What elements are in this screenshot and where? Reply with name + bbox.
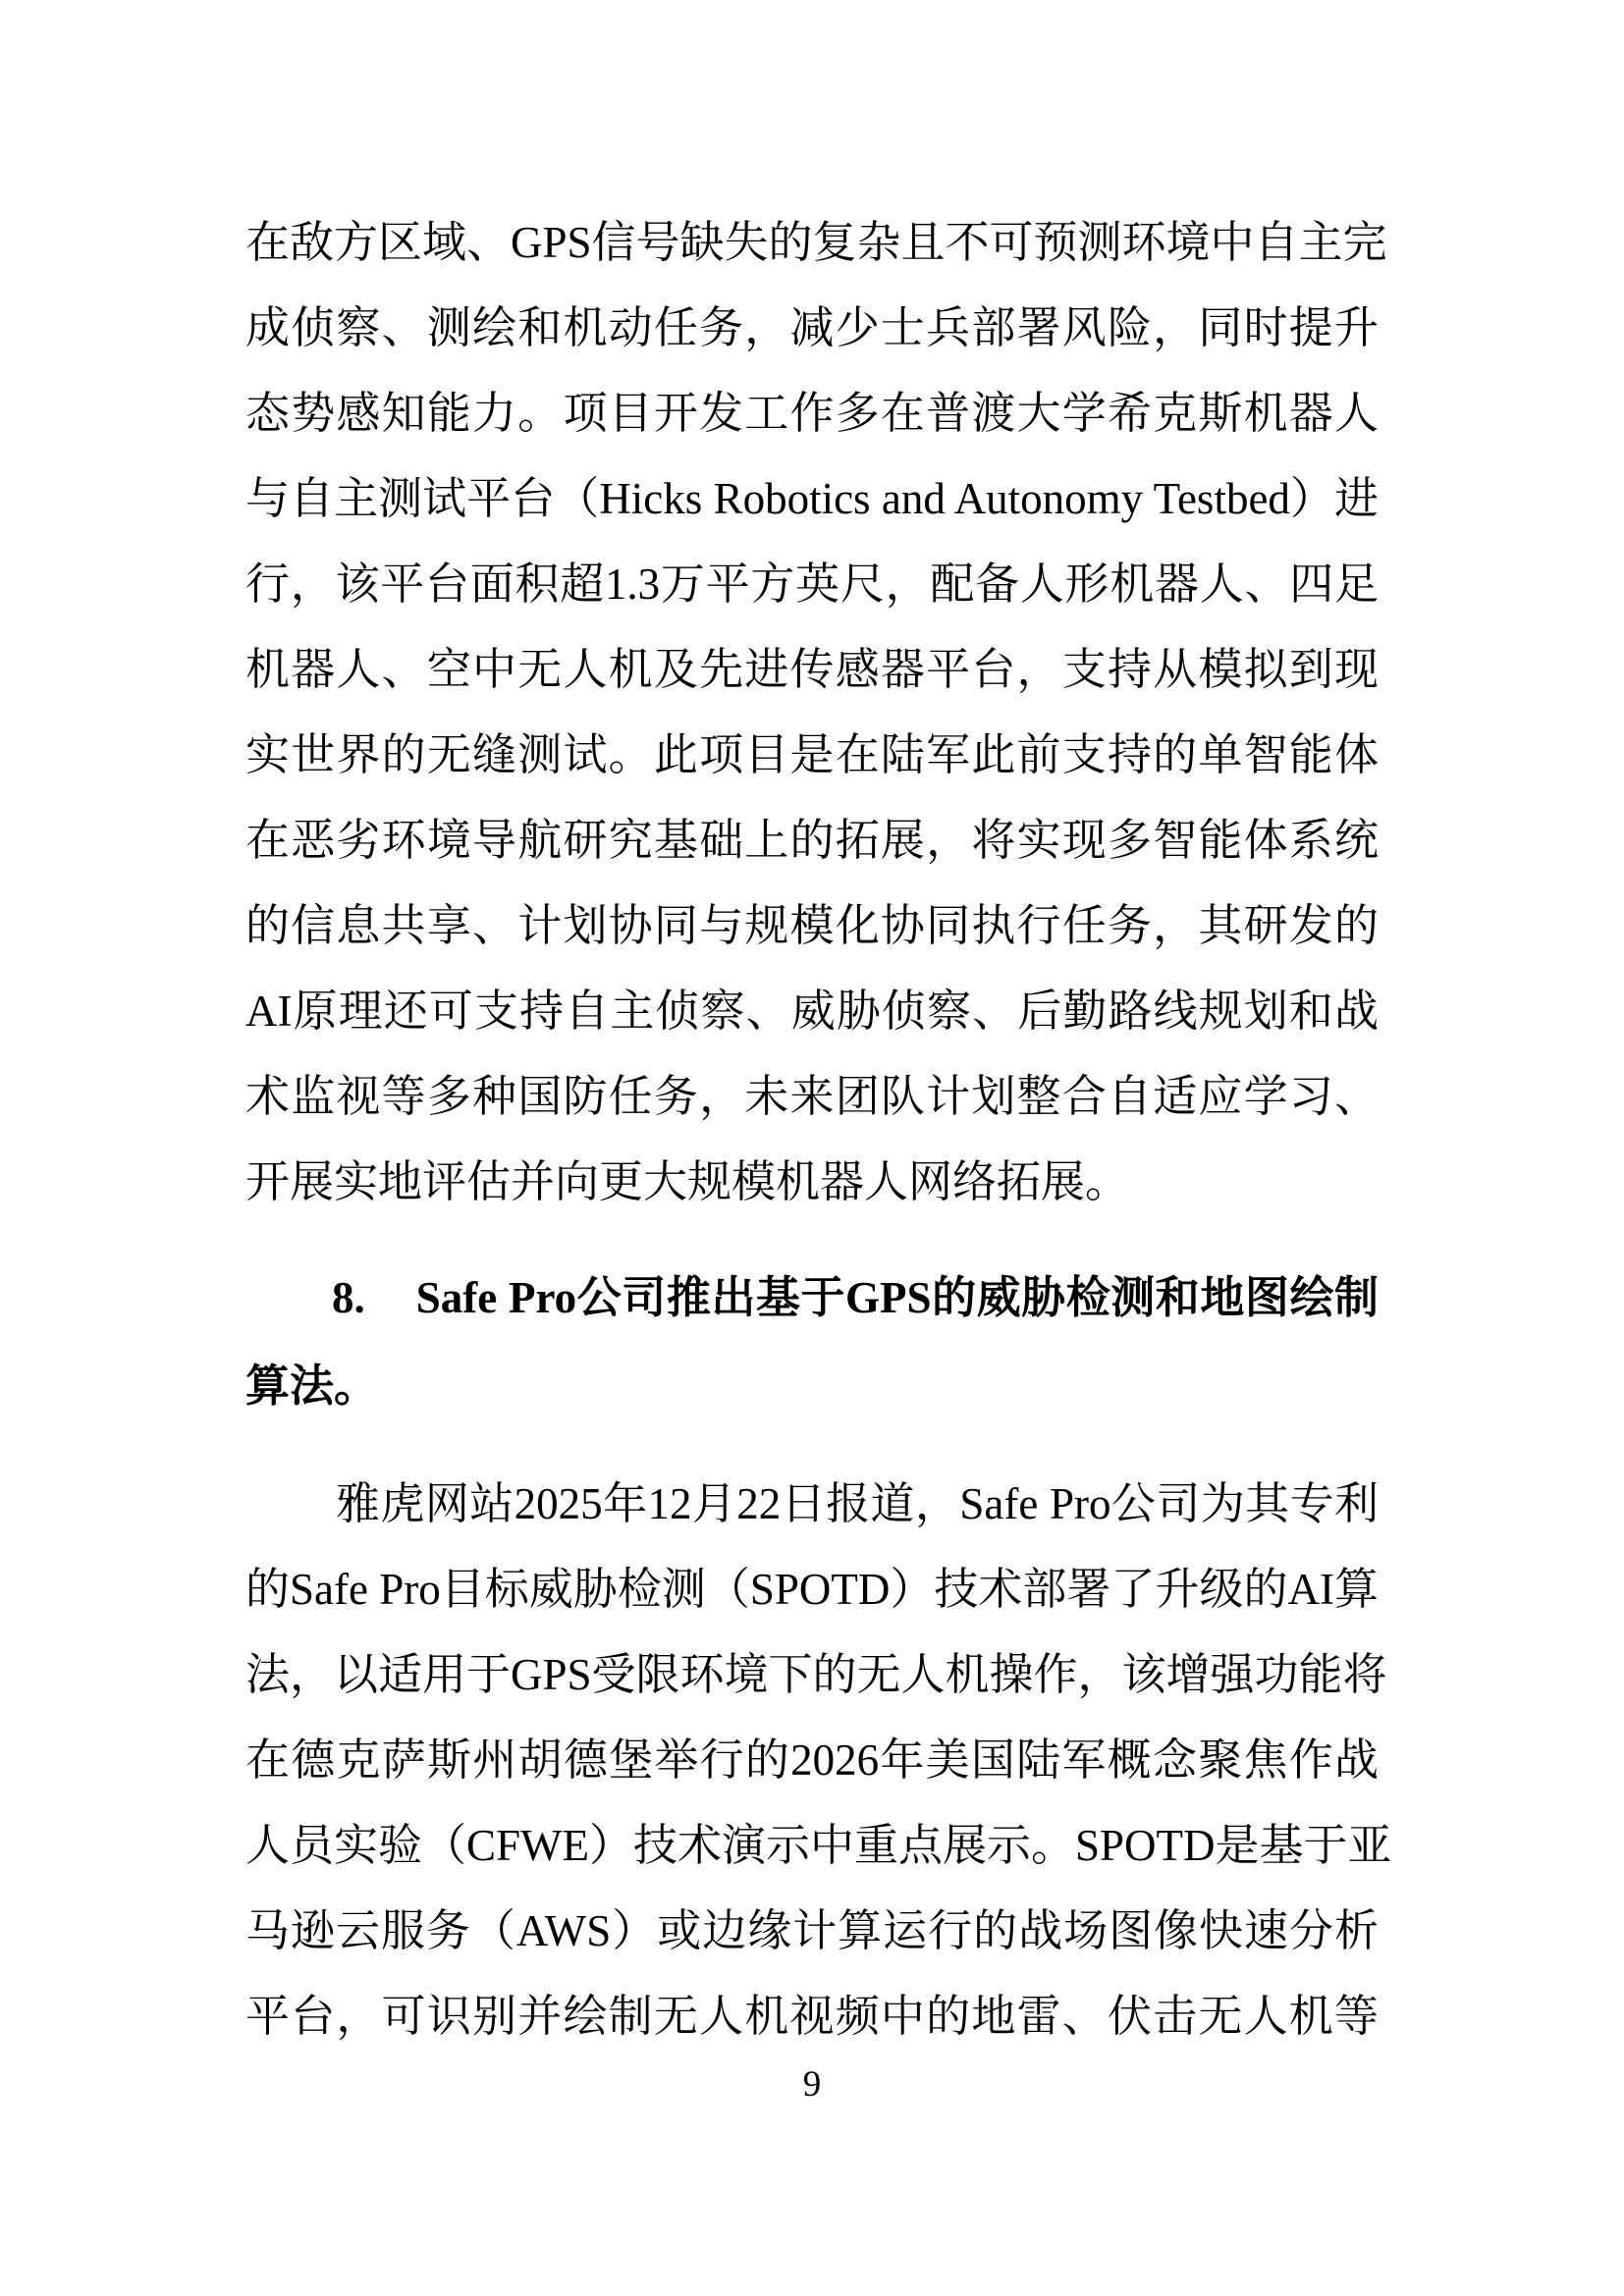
- text-line: 在恶劣环境导航研究基础上的拓展，将实现多智能体系统: [245, 798, 1379, 883]
- document-page: 在敌方区域、GPS信号缺失的复杂且不可预测环境中自主完 成侦察、测绘和机动任务，…: [0, 0, 1624, 2296]
- text-line: 机器人、空中无人机及先进传感器平台，支持从模拟到现: [245, 627, 1379, 713]
- text-line: 的Safe Pro目标威胁检测（SPOTD）技术部署了升级的AI算: [245, 1547, 1379, 1632]
- text-line: 在德克萨斯州胡德堡举行的2026年美国陆军概念聚焦作战: [245, 1718, 1379, 1803]
- text-line: 法，以适用于GPS受限环境下的无人机操作，该增强功能将: [245, 1632, 1379, 1718]
- text-line: 在敌方区域、GPS信号缺失的复杂且不可预测环境中自主完: [245, 200, 1379, 286]
- body-paragraph-continued: 在敌方区域、GPS信号缺失的复杂且不可预测环境中自主完 成侦察、测绘和机动任务，…: [245, 200, 1379, 1225]
- section-title-text: Safe Pro公司推出基于GPS的威胁检测和地图绘制: [416, 1273, 1379, 1322]
- text-line: 的信息共享、计划协同与规模化协同执行任务，其研发的: [245, 883, 1379, 969]
- text-line: 态势感知能力。项目开发工作多在普渡大学希克斯机器人: [245, 371, 1379, 456]
- section-heading: 8.Safe Pro公司推出基于GPS的威胁检测和地图绘制 算法。: [245, 1254, 1379, 1430]
- text-line: 马逊云服务（AWS）或边缘计算运行的战场图像快速分析: [245, 1889, 1379, 1974]
- text-line: 术监视等多种国防任务，未来团队计划整合自适应学习、: [245, 1054, 1379, 1140]
- page-number: 9: [245, 2061, 1379, 2109]
- text-line: AI原理还可支持自主侦察、威胁侦察、后勤路线规划和战: [245, 969, 1379, 1054]
- text-line: 实世界的无缝测试。此项目是在陆军此前支持的单智能体: [245, 713, 1379, 798]
- section-number: 8.: [332, 1273, 365, 1322]
- text-line: 行，该平台面积超1.3万平方英尺，配备人形机器人、四足: [245, 542, 1379, 627]
- text-line: 雅虎网站2025年12月22日报道，Safe Pro公司为其专利: [245, 1462, 1379, 1547]
- text-line: 与自主测试平台（Hicks Robotics and Autonomy Test…: [245, 456, 1379, 542]
- body-paragraph: 雅虎网站2025年12月22日报道，Safe Pro公司为其专利 的Safe P…: [245, 1462, 1379, 2059]
- text-line: 成侦察、测绘和机动任务，减少士兵部署风险，同时提升: [245, 286, 1379, 371]
- section-heading-line: 算法。: [245, 1342, 1379, 1430]
- text-line: 平台，可识别并绘制无人机视频中的地雷、伏击无人机等: [245, 1974, 1379, 2059]
- section-heading-line: 8.Safe Pro公司推出基于GPS的威胁检测和地图绘制: [245, 1254, 1379, 1342]
- text-line: 开展实地评估并向更大规模机器人网络拓展。: [245, 1140, 1379, 1225]
- text-line: 人员实验（CFWE）技术演示中重点展示。SPOTD是基于亚: [245, 1803, 1379, 1889]
